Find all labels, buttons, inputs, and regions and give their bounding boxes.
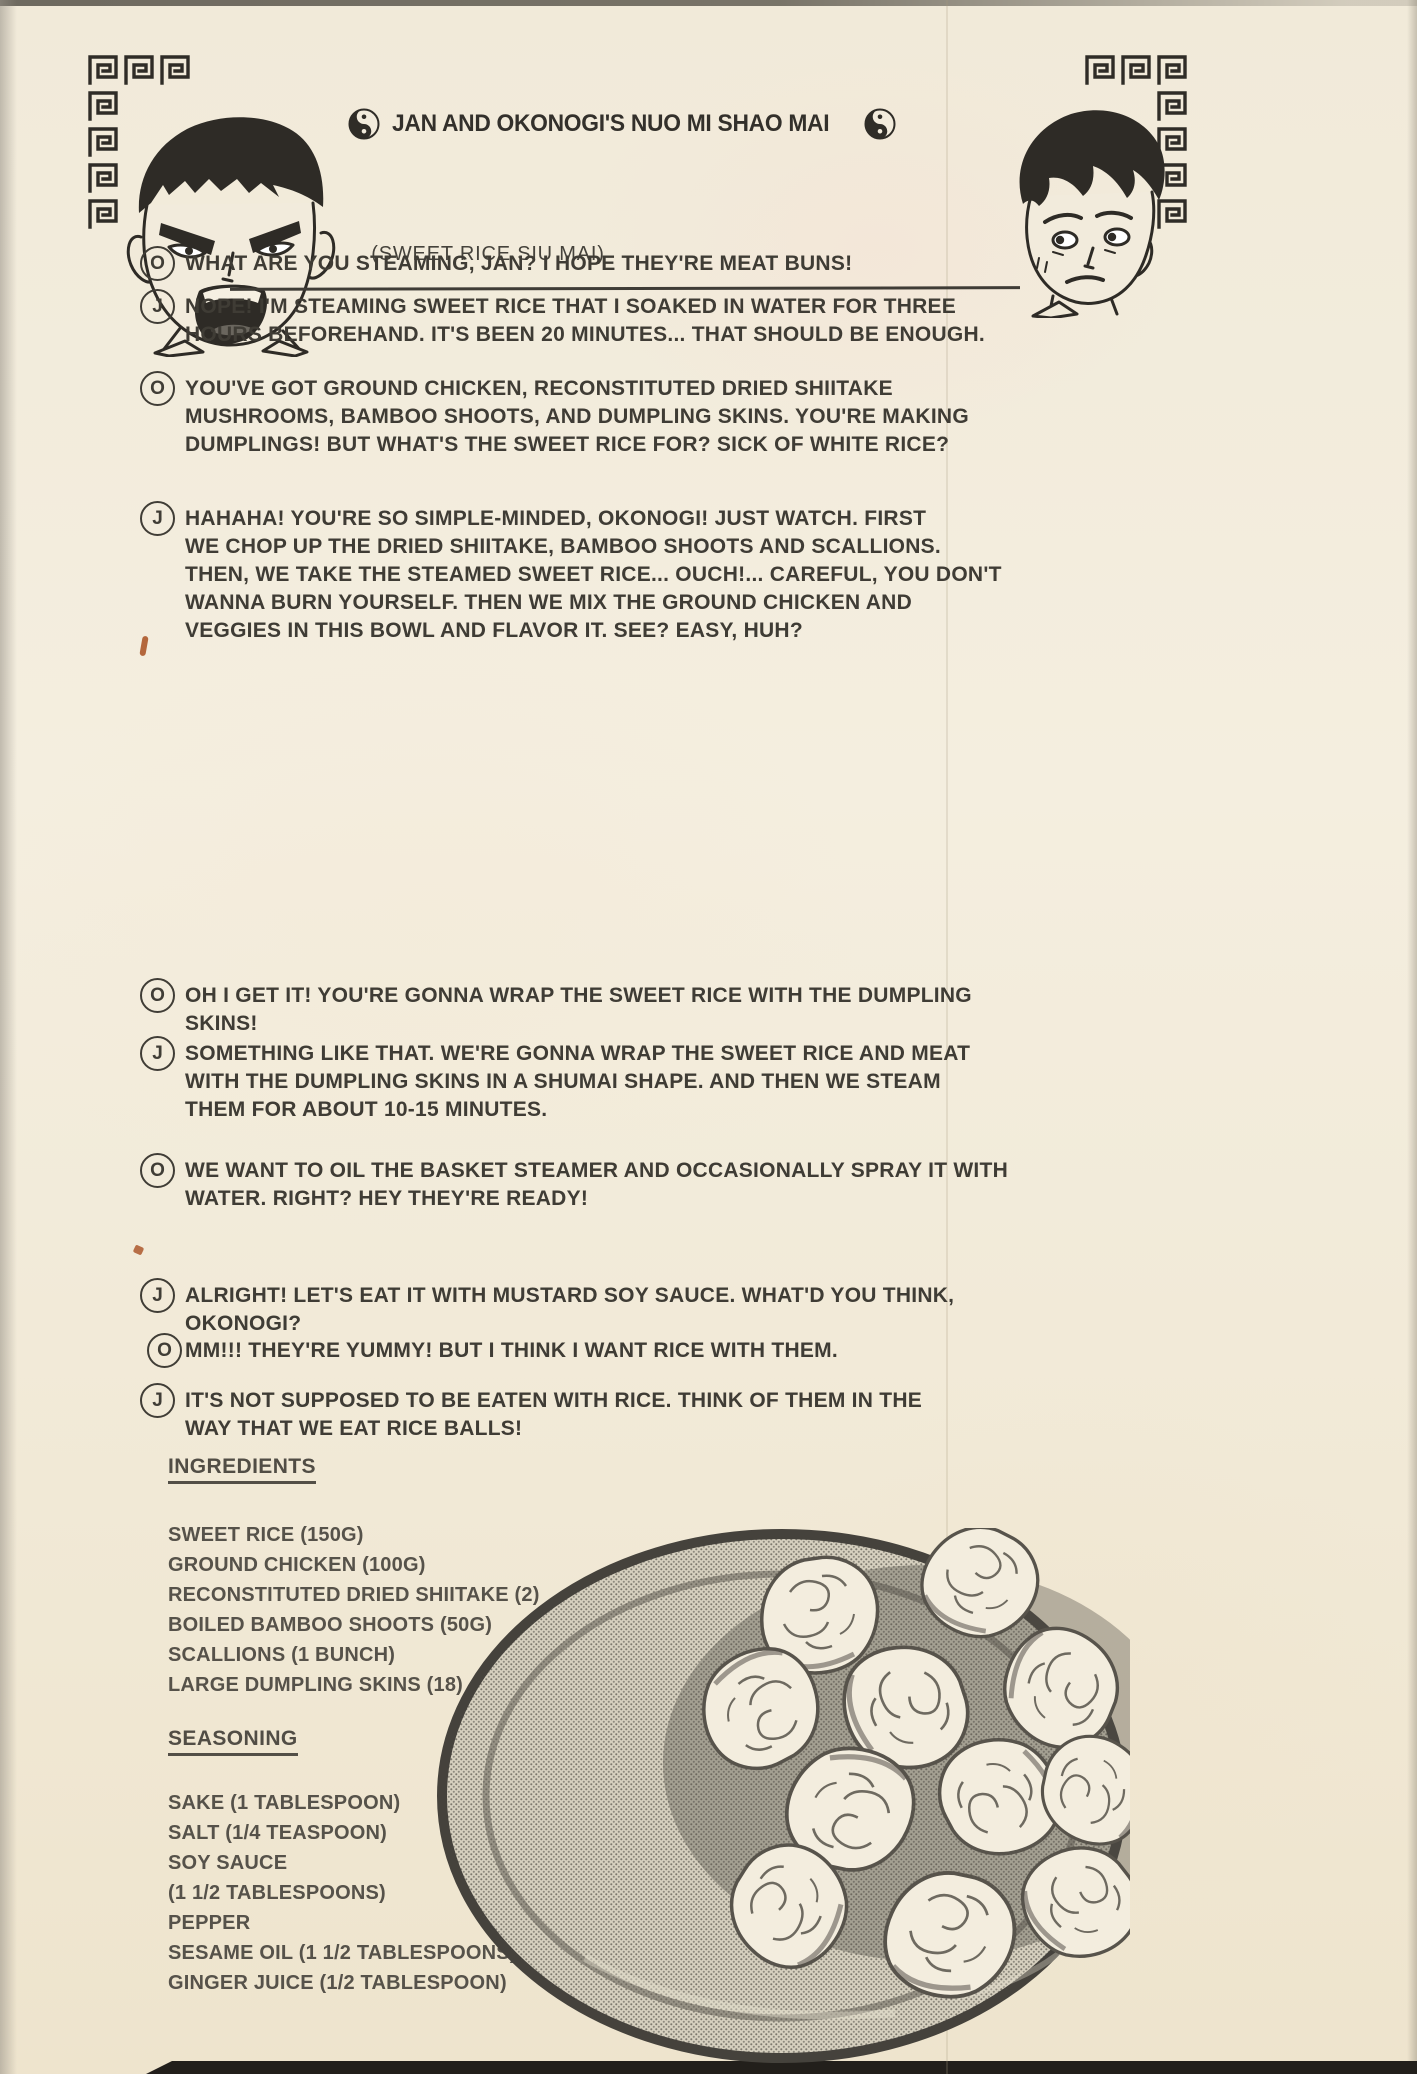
speaker-badge: O bbox=[147, 1333, 182, 1368]
speaker-badge: J bbox=[140, 501, 175, 536]
speaker-badge: J bbox=[140, 1278, 175, 1313]
dialogue-block: O OH I GET IT! YOU'RE GONNA WRAP THE SWE… bbox=[185, 982, 1105, 1038]
yin-yang-icon bbox=[348, 108, 380, 140]
dialogue-block: J HAHAHA! YOU'RE SO SIMPLE-MINDED, OKONO… bbox=[185, 505, 1105, 645]
seasoning-heading: SEASONING bbox=[168, 1727, 298, 1756]
scan-edge-right bbox=[1407, 0, 1417, 2074]
speaker-badge: J bbox=[140, 1383, 175, 1418]
dialogue-text: WHAT ARE YOU STEAMING, JAN? I HOPE THEY'… bbox=[185, 250, 1105, 278]
okonogi-worried-manga-face bbox=[993, 100, 1178, 318]
siu-mai-plate-illustration bbox=[435, 1528, 1130, 2068]
speaker-badge: J bbox=[140, 1036, 175, 1071]
title-underline bbox=[230, 286, 1020, 291]
dialogue-block: O WHAT ARE YOU STEAMING, JAN? I HOPE THE… bbox=[185, 250, 1105, 278]
speaker-badge: J bbox=[140, 289, 175, 324]
dialogue-block: O YOU'VE GOT GROUND CHICKEN, RECONSTITUT… bbox=[185, 375, 1105, 459]
dialogue-block: J SOMETHING LIKE THAT. WE'RE GONNA WRAP … bbox=[185, 1040, 1105, 1124]
dialogue-text: SOMETHING LIKE THAT. WE'RE GONNA WRAP TH… bbox=[185, 1040, 1105, 1124]
scan-edge-left bbox=[0, 0, 17, 2074]
dialogue-block: O WE WANT TO OIL THE BASKET STEAMER AND … bbox=[185, 1157, 1105, 1213]
dialogue-block: J IT'S NOT SUPPOSED TO BE EATEN WITH RIC… bbox=[185, 1387, 1105, 1443]
speaker-badge: O bbox=[140, 978, 175, 1013]
dialogue-text: OH I GET IT! YOU'RE GONNA WRAP THE SWEET… bbox=[185, 982, 1105, 1038]
dialogue-text: ALRIGHT! LET'S EAT IT WITH MUSTARD SOY S… bbox=[185, 1282, 1105, 1338]
dialogue-text: YOU'VE GOT GROUND CHICKEN, RECONSTITUTED… bbox=[185, 375, 1105, 459]
title-bar: JAN AND OKONOGI'S NUO MI SHAO MAI bbox=[348, 108, 908, 140]
dialogue-text: MM!!! THEY'RE YUMMY! BUT I THINK I WANT … bbox=[185, 1337, 1105, 1365]
dialogue-text: WE WANT TO OIL THE BASKET STEAMER AND OC… bbox=[185, 1157, 1105, 1213]
ingredients-heading: INGREDIENTS bbox=[168, 1455, 316, 1484]
dialogue-block: J NOPE! I'M STEAMING SWEET RICE THAT I S… bbox=[185, 293, 1105, 349]
scan-edge-top bbox=[0, 0, 1417, 6]
page-title: JAN AND OKONOGI'S NUO MI SHAO MAI bbox=[392, 110, 829, 138]
speaker-badge: O bbox=[140, 1153, 175, 1188]
ink-stain-mark bbox=[139, 636, 148, 657]
dialogue-text: NOPE! I'M STEAMING SWEET RICE THAT I SOA… bbox=[185, 293, 1105, 349]
scanned-recipe-page: JAN AND OKONOGI'S NUO MI SHAO MAI (SWEET… bbox=[0, 0, 1417, 2074]
yin-yang-icon bbox=[864, 108, 896, 140]
dialogue-block: J ALRIGHT! LET'S EAT IT WITH MUSTARD SOY… bbox=[185, 1282, 1105, 1338]
speaker-badge: O bbox=[140, 246, 175, 281]
dialogue-text: HAHAHA! YOU'RE SO SIMPLE-MINDED, OKONOGI… bbox=[185, 505, 1105, 645]
speaker-badge: O bbox=[140, 371, 175, 406]
ink-stain-mark bbox=[133, 1244, 145, 1255]
dialogue-block: O MM!!! THEY'RE YUMMY! BUT I THINK I WAN… bbox=[185, 1337, 1105, 1365]
dialogue-text: IT'S NOT SUPPOSED TO BE EATEN WITH RICE.… bbox=[185, 1387, 1105, 1443]
